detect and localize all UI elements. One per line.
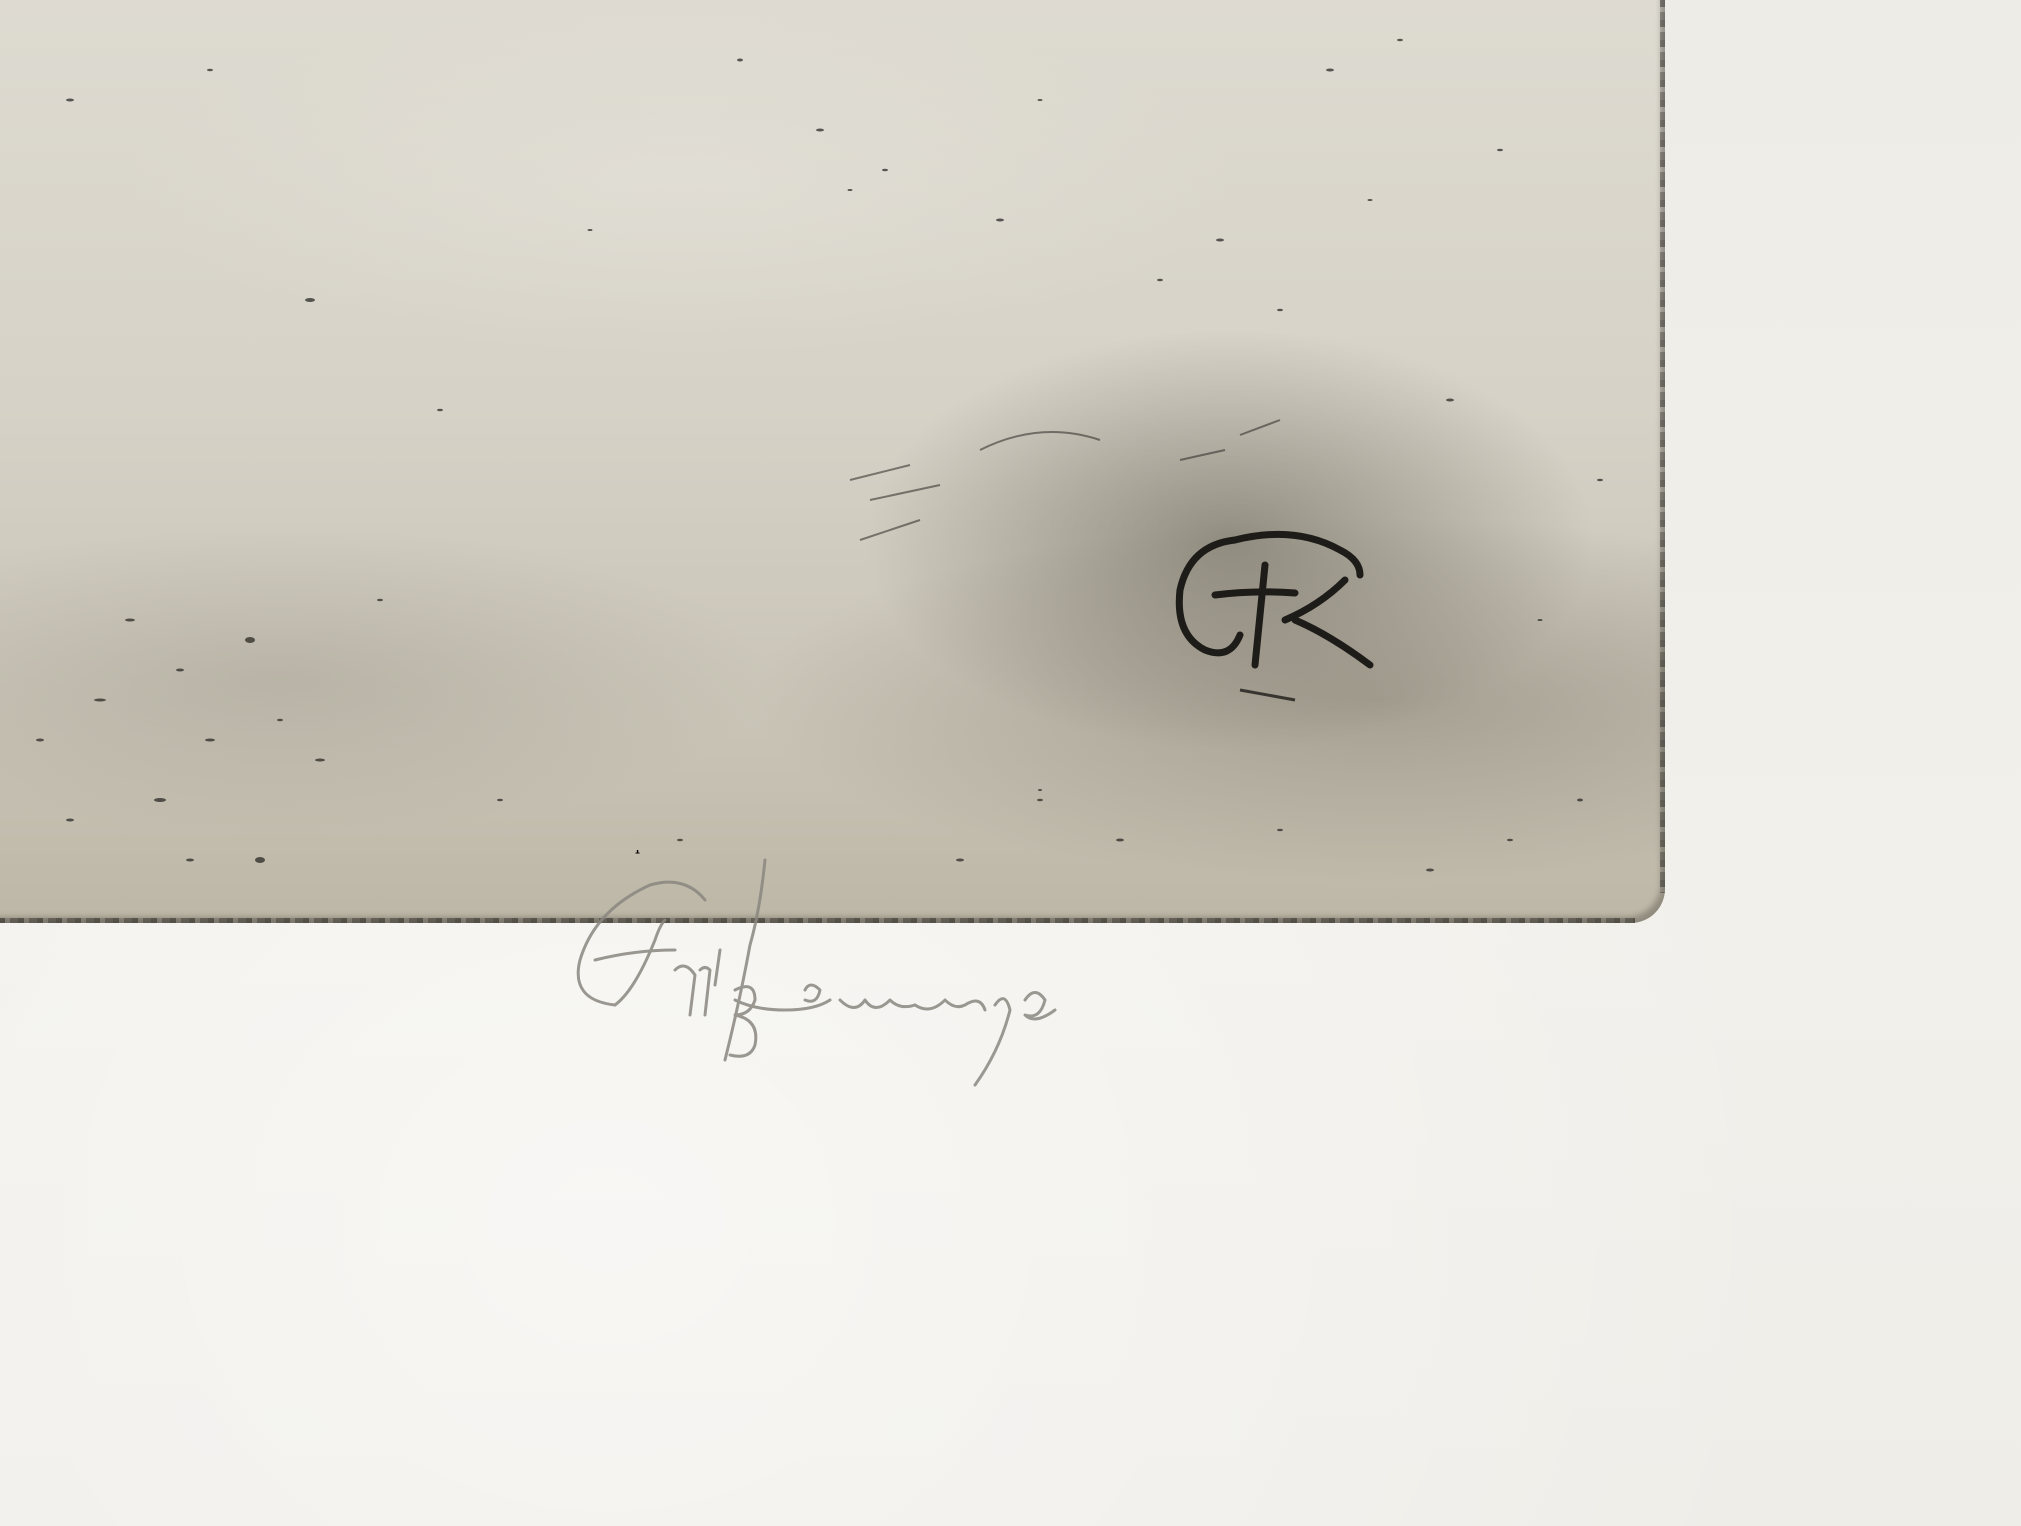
pencil-signature: Fritz Kempe bbox=[555, 850, 1595, 1110]
aquatint-speckles bbox=[0, 0, 1665, 923]
monogram-text: FK bbox=[1145, 515, 1169, 519]
plate-mark-right bbox=[1660, 0, 1665, 893]
fk-monogram-etched: FK bbox=[1145, 515, 1415, 715]
etched-plate-area bbox=[0, 0, 1665, 923]
signature-text: Fritz Kempe bbox=[555, 850, 655, 854]
